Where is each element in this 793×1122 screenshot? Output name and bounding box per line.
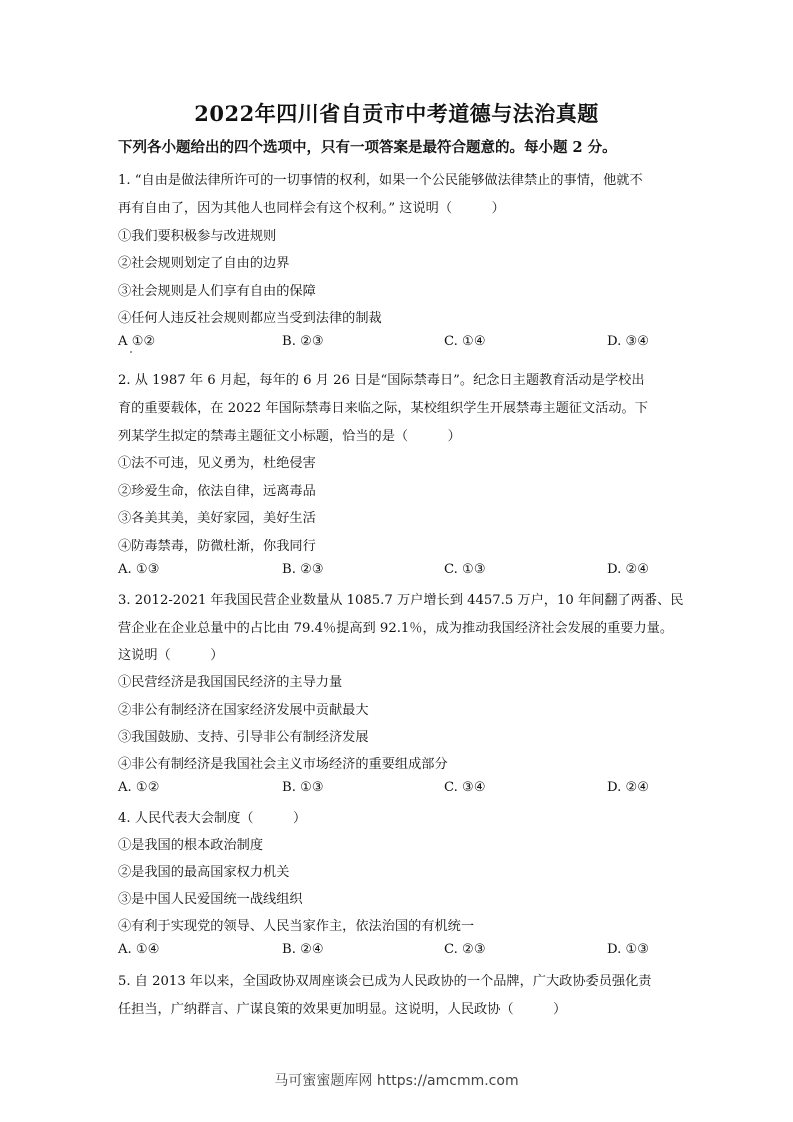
option-c[interactable]: C. ①④ <box>444 334 486 349</box>
section-instructions: 下列各小题给出的四个选项中，只有一项答案是最符合题意的。每小题 2 分。 <box>118 136 617 157</box>
statement: ②社会规则划定了自由的边界 <box>118 252 289 271</box>
option-a[interactable]: A ①② <box>118 334 155 349</box>
statement: ②非公有制经济在国家经济发展中贡献最大 <box>118 699 369 718</box>
answer-options: A. ①③ B. ②③ C. ①③ D. ②④ <box>118 562 678 580</box>
statement: ③我国鼓励、支持、引导非公有制经济发展 <box>118 726 369 745</box>
question-stem-line: 育的重要载体，在 2022 年国际禁毒日来临之际，某校组织学生开展禁毒主题征文活… <box>118 397 648 416</box>
answer-options: A. ①② B. ①③ C. ③④ D. ②④ <box>118 780 678 798</box>
option-b[interactable]: B. ①③ <box>282 780 324 795</box>
statement: ④有利于实现党的领导、人民当家作主，依法治国的有机统一 <box>118 915 474 934</box>
question-stem-line: 1. “自由是做法律所许可的一切事情的权利，如果一个公民能够做法律禁止的事情，他… <box>118 169 643 188</box>
option-c[interactable]: C. ①③ <box>444 562 486 577</box>
option-b[interactable]: B. ②④ <box>282 942 324 957</box>
statement: ④任何人违反社会规则都应当受到法律的制裁 <box>118 307 382 326</box>
statement: ①民营经济是我国国民经济的主导力量 <box>118 671 342 690</box>
exam-page: 2022年四川省自贡市中考道德与法治真题 下列各小题给出的四个选项中，只有一项答… <box>0 0 793 1122</box>
option-d[interactable]: D. ②④ <box>607 562 649 577</box>
question-stem-line: 任担当，广纳群言、广谋良策的效果更加明显。这说明，人民政协（ ） <box>118 998 566 1017</box>
statement: ②珍爱生命，依法自律，远离毒品 <box>118 480 316 499</box>
statement: ③是中国人民爱国统一战线组织 <box>118 888 303 907</box>
statement: ①是我国的根本政治制度 <box>118 834 263 853</box>
option-b[interactable]: B. ②③ <box>282 562 324 577</box>
option-a[interactable]: A. ①③ <box>118 562 160 577</box>
question-stem-line: 5. 自 2013 年以来，全国政协双周座谈会已成为人民政协的一个品牌，广大政协… <box>118 970 651 989</box>
option-a[interactable]: A. ①② <box>118 780 160 795</box>
answer-options: A. ①④ B. ②④ C. ②③ D. ①③ <box>118 942 678 960</box>
statement: ④防毒禁毒，防微杜渐，你我同行 <box>118 535 316 554</box>
option-c[interactable]: C. ③④ <box>444 780 486 795</box>
option-c[interactable]: C. ②③ <box>444 942 486 957</box>
question-stem-line: 3. 2012-2021 年我国民营企业数量从 1085.7 万户增长到 445… <box>118 589 683 608</box>
statement: ①法不可违，见义勇为，杜绝侵害 <box>118 452 316 471</box>
option-a[interactable]: A. ①④ <box>118 942 160 957</box>
statement: ③各美其美，美好家园，美好生活 <box>118 507 316 526</box>
stray-mark <box>130 351 132 353</box>
question-stem-line: 再有自由了，因为其他人也同样会有这个权利。” 这说明（ ） <box>118 197 505 216</box>
answer-options: A ①② B. ②③ C. ①④ D. ③④ <box>118 334 678 352</box>
question-stem-line: 营企业在企业总量中的占比由 79.4％提高到 92.1％，成为推动我国经济社会发… <box>118 617 673 636</box>
question-stem-line: 这说明（ ） <box>118 644 224 663</box>
statement: ③社会规则是人们享有自由的保障 <box>118 280 316 299</box>
question-stem-line: 2. 从 1987 年 6 月起，每年的 6 月 26 日是“国际禁毒日”。纪念… <box>118 369 645 388</box>
option-b[interactable]: B. ②③ <box>282 334 324 349</box>
statement: ④非公有制经济是我国社会主义市场经济的重要组成部分 <box>118 753 448 772</box>
statement: ②是我国的最高国家权力机关 <box>118 861 289 880</box>
question-stem-line: 列某学生拟定的禁毒主题征文小标题，恰当的是（ ） <box>118 425 461 444</box>
option-d[interactable]: D. ③④ <box>607 334 649 349</box>
option-d[interactable]: D. ①③ <box>607 942 649 957</box>
question-stem-line: 4. 人民代表大会制度（ ） <box>118 807 306 826</box>
option-d[interactable]: D. ②④ <box>607 780 649 795</box>
statement: ①我们要积极参与改进规则 <box>118 225 276 244</box>
document-title: 2022年四川省自贡市中考道德与法治真题 <box>0 98 793 128</box>
watermark-footer: 马可蜜蜜题库网 https://amcmm.com <box>0 1070 793 1090</box>
